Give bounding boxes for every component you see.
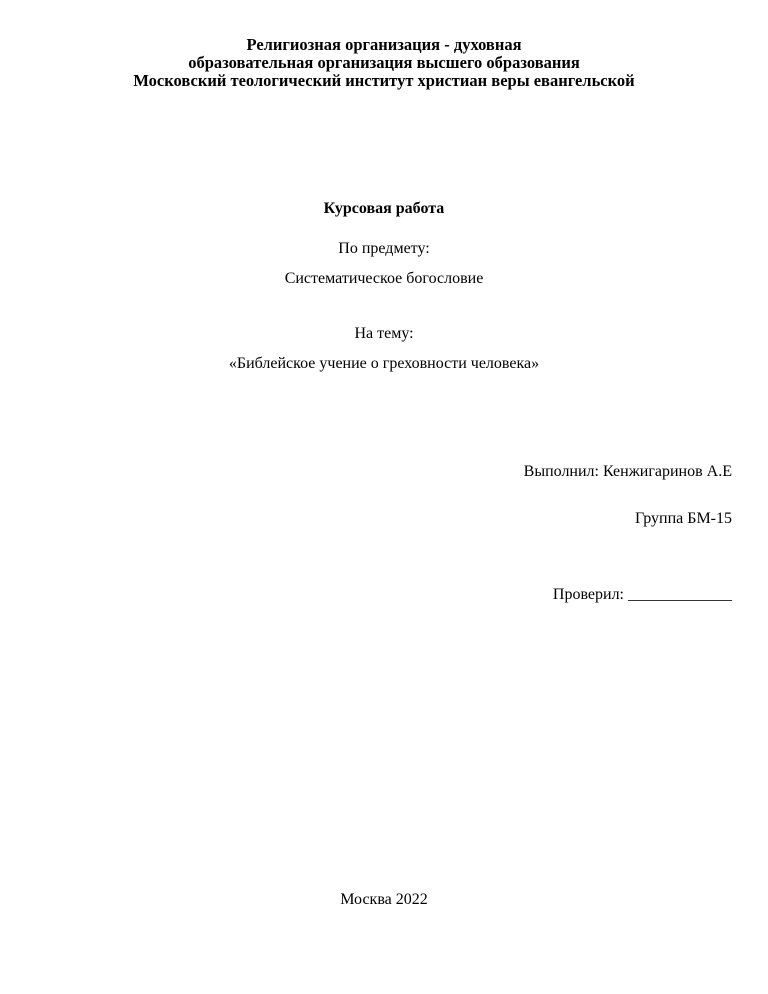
- subject-label: По предмету:: [0, 240, 768, 258]
- institution-line-3: Московский теологический институт христи…: [0, 72, 768, 90]
- work-type-title: Курсовая работа: [0, 200, 768, 218]
- city-year: Москва 2022: [0, 891, 768, 909]
- group-line: Группа БМ-15: [635, 510, 732, 528]
- subject-name: Систематическое богословие: [0, 270, 768, 288]
- topic-name: «Библейское учение о греховности человек…: [0, 355, 768, 373]
- topic-label: На тему:: [0, 325, 768, 343]
- institution-line-2: образовательная организация высшего обра…: [0, 54, 768, 72]
- author-line: Выполнил: Кенжигаринов А.Е: [524, 463, 732, 481]
- institution-line-1: Религиозная организация - духовная: [0, 36, 768, 54]
- title-page: Религиозная организация - духовная образ…: [0, 0, 768, 994]
- reviewer-line: Проверил: _____________: [553, 586, 732, 604]
